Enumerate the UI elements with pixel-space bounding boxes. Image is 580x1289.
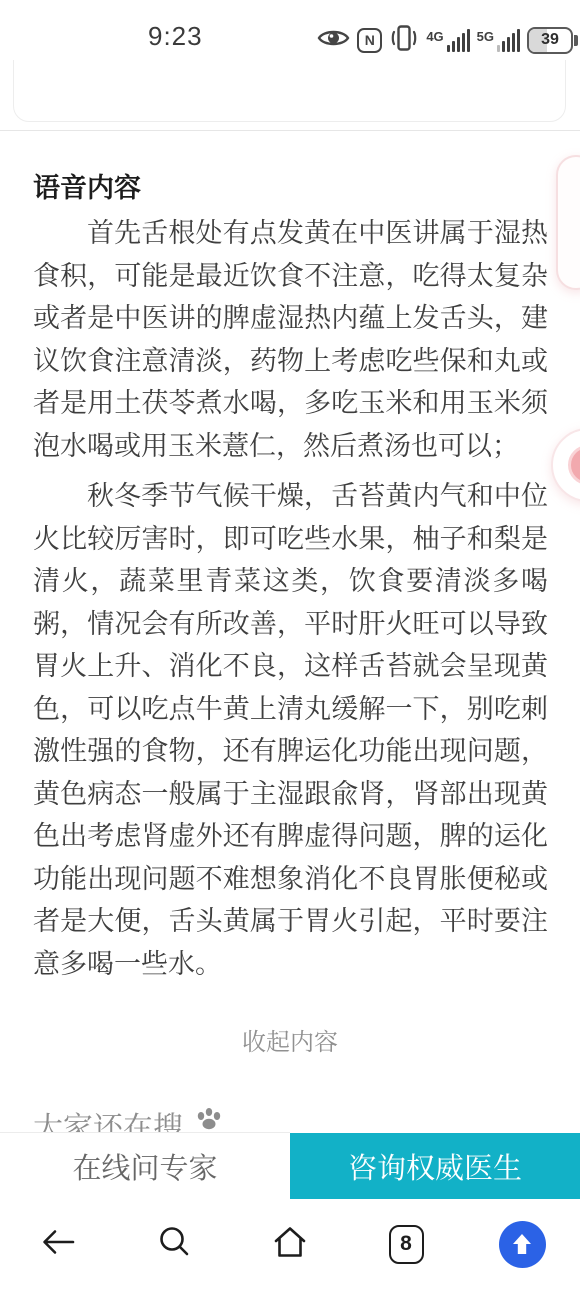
status-bar: 9:23 N 4G 5G [0, 0, 580, 60]
transcript-paragraph: 首先舌根处有点发黄在中医讲属于湿热食积，可能是最近饮食不注意，吃得太复杂或者是中… [33, 212, 548, 467]
phone-screen: 9:23 N 4G 5G [0, 0, 580, 1289]
search-button[interactable] [144, 1214, 204, 1274]
transcript-paragraph: 秋冬季节气候干燥，舌苔黄内气和中位火比较厉害时，即可吃些水果，柚子和梨是清火，蔬… [33, 475, 548, 985]
signal-5g-icon: 5G [477, 29, 520, 52]
back-icon [38, 1226, 78, 1263]
activity-badge-icon [568, 445, 580, 485]
search-icon [156, 1224, 192, 1265]
home-icon [270, 1224, 310, 1265]
scroll-top-icon [499, 1221, 546, 1268]
voice-content-heading: 语音内容 [33, 166, 141, 205]
audio-player-card[interactable]: 00:00 1:39 [13, 60, 566, 122]
clock: 9:23 [148, 21, 203, 52]
home-button[interactable] [260, 1214, 320, 1274]
divider [0, 130, 580, 131]
consult-doctor-button[interactable]: 咨询权威医生 [290, 1133, 580, 1199]
floating-activity-button[interactable] [551, 428, 580, 502]
back-button[interactable] [28, 1214, 88, 1274]
battery-icon: 39 [527, 27, 578, 54]
browser-nav-bar: 8 [0, 1199, 580, 1289]
floating-toolbar[interactable] [556, 155, 580, 290]
tabs-button[interactable]: 8 [376, 1214, 436, 1274]
eye-protection-icon [317, 26, 350, 55]
battery-percent: 39 [541, 31, 559, 49]
nfc-icon: N [357, 28, 382, 53]
consult-action-bar: 在线问专家 咨询权威医生 [0, 1133, 580, 1199]
signal-4g-icon: 4G [426, 29, 469, 52]
collapse-content-link[interactable]: 收起内容 [0, 1022, 580, 1057]
ask-expert-button[interactable]: 在线问专家 [0, 1133, 290, 1199]
vibrate-icon [389, 24, 419, 57]
tabs-icon: 8 [389, 1225, 424, 1264]
tab-count: 8 [400, 1232, 412, 1256]
status-icons: N 4G 5G 39 [317, 25, 578, 55]
scroll-top-button[interactable] [492, 1214, 552, 1274]
transcript: 首先舌根处有点发黄在中医讲属于湿热食积，可能是最近饮食不注意，吃得太复杂或者是中… [33, 212, 548, 985]
web-content: 00:00 1:39 语音内容 首先舌根处有点发黄在中医讲属于湿热食积，可能是最… [0, 60, 580, 1199]
